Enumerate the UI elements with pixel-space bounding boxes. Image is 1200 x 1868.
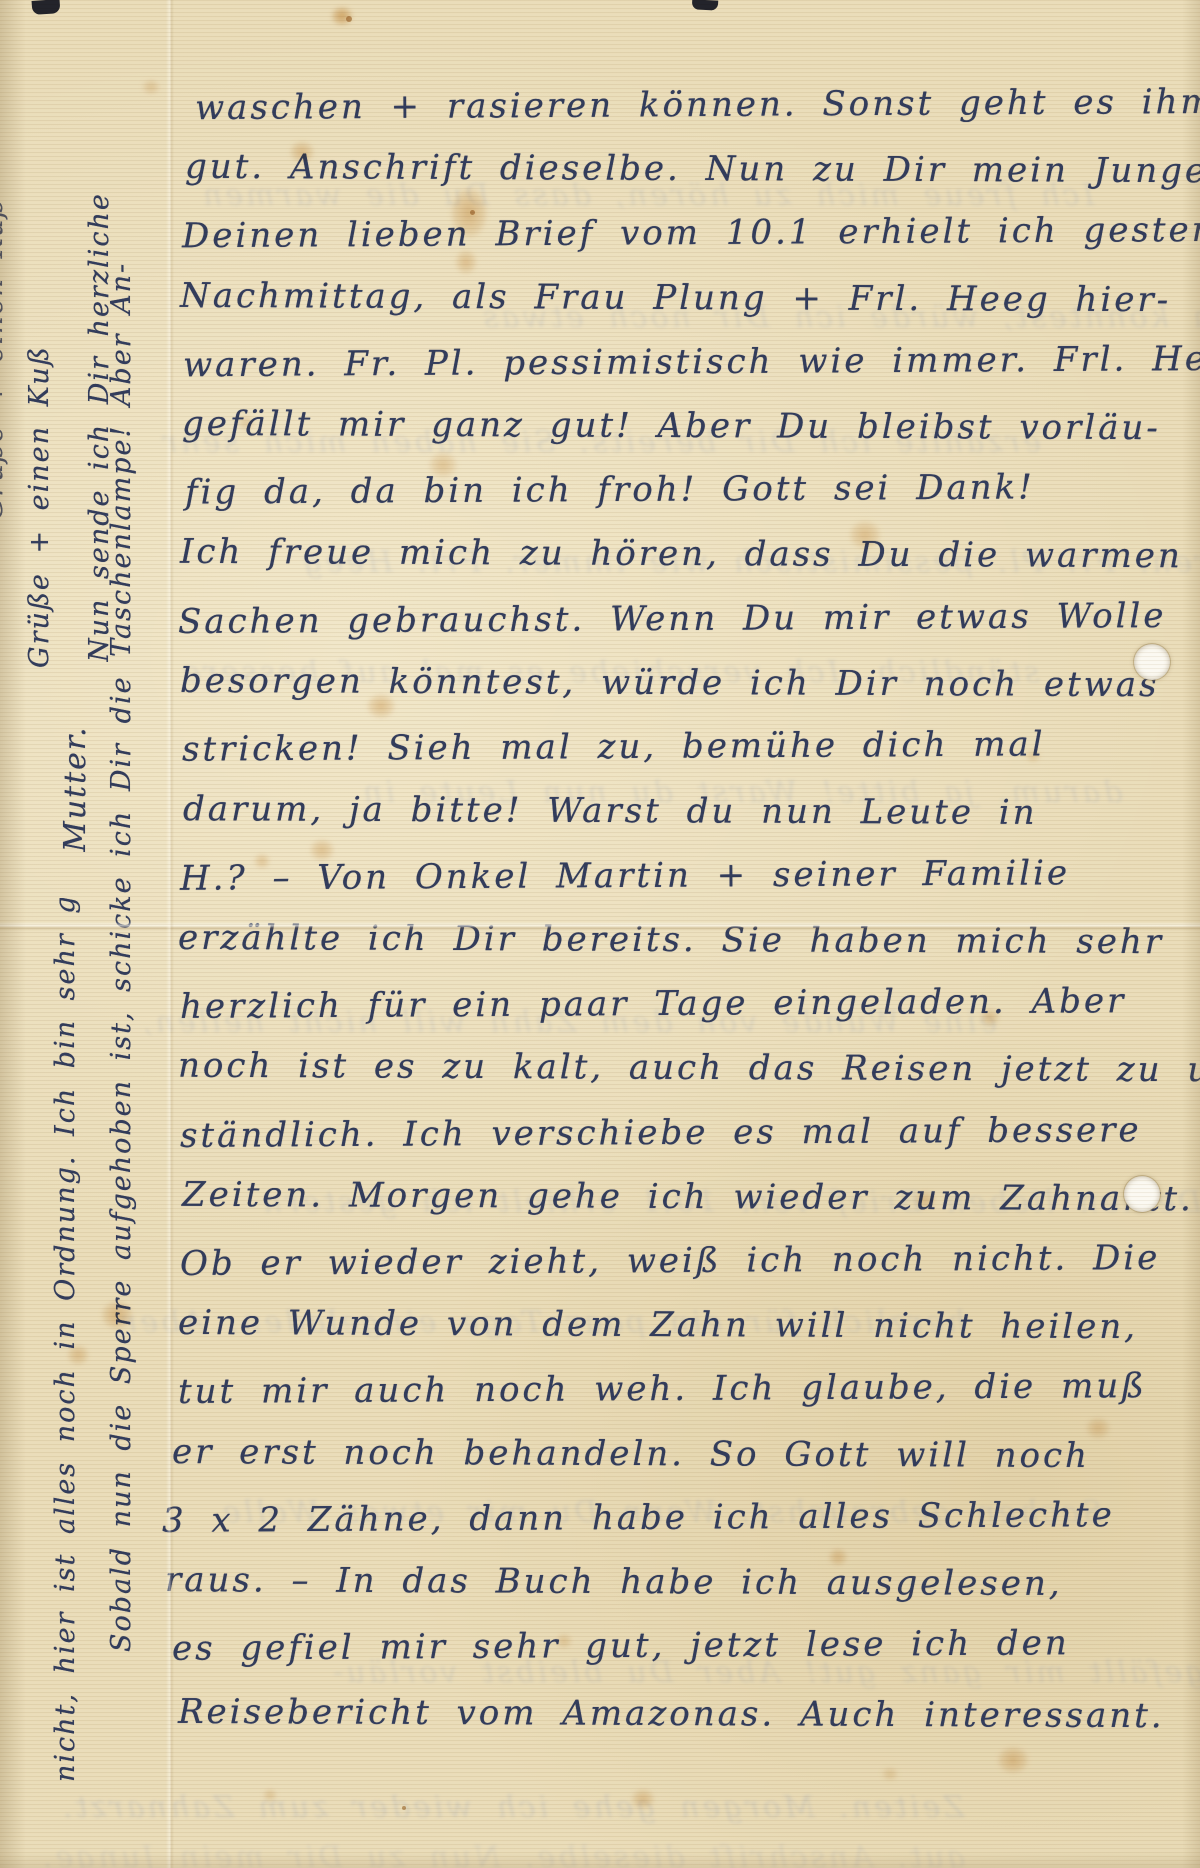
letter-line: Deinen lieben Brief vom 10.1 erhielt ich… [182, 210, 1200, 256]
letter-line: H.? – Von Onkel Martin + seiner Familie [180, 853, 1070, 898]
letter-line: 3 x 2 Zähne, dann habe ich alles Schlech… [162, 1495, 1115, 1541]
letter-line: gefällt mir ganz gut! Aber Du bleibst vo… [182, 404, 1161, 448]
letter-line: er erst noch behandeln. So Gott will noc… [172, 1432, 1090, 1476]
letter-line: Nachmittag, als Frau Plung + Frl. Heeg h… [180, 276, 1171, 320]
margin-note: Nun sende ich Dir herzliche [84, 96, 115, 662]
letter-line: Ob er wieder zieht, weiß ich noch nicht.… [180, 1238, 1161, 1284]
letter-line: gut. Anschrift dieselbe. Nun zu Dir mein… [185, 147, 1200, 192]
letter-line: Zeiten. Morgen gehe ich wieder zum Zahna… [182, 1175, 1194, 1219]
letter-line: tut mir auch noch weh. Ich glaube, die m… [178, 1366, 1147, 1412]
letter-line: herzlich für ein paar Tage eingeladen. A… [180, 981, 1127, 1027]
letter-line: darum, ja bitte! Warst du nun Leute in [183, 789, 1038, 833]
letter-line: ständlich. Ich verschiebe es mal auf bes… [180, 1110, 1142, 1156]
letter-line: fig da, da bin ich froh! Gott sei Dank! [185, 467, 1035, 512]
margin-note: nicht, hier ist alles noch in Ordnung. I… [50, 898, 81, 1782]
letter-page: Ich freue mich zu hören, dass Du die war… [0, 0, 1200, 1868]
letter-line: Ich freue mich zu hören, dass Du die war… [180, 532, 1183, 576]
letter-line: waschen + rasieren können. Sonst geht es… [195, 82, 1200, 128]
letter-line: eine Wunde von dem Zahn will nicht heile… [178, 1303, 1138, 1347]
punch-hole [1124, 1176, 1160, 1212]
signature: Mutter. [58, 692, 93, 852]
letter-line: Reisebericht vom Amazonas. Auch interess… [178, 1692, 1165, 1736]
letter-line: erzählte ich Dir bereits. Sie haben mich… [178, 918, 1164, 962]
letter-line: raus. – In das Buch habe ich ausgelesen, [165, 1560, 1063, 1604]
letter-line: stricken! Sieh mal zu, bemühe dich mal [182, 724, 1046, 769]
punch-hole [1134, 644, 1170, 680]
letter-line: es gefiel mir sehr gut, jetzt lese ich d… [172, 1623, 1070, 1668]
letter-line: Sachen gebrauchst. Wenn Du mir etwas Wol… [178, 596, 1167, 642]
margin-note: Grüße + einen Kuß [24, 120, 55, 668]
letter-line: besorgen könntest, würde ich Dir noch et… [180, 661, 1160, 705]
margin-note-clipped: Grüße + einen Kuß [0, 100, 9, 520]
letter-line: waren. Fr. Pl. pessimistisch wie immer. … [183, 339, 1200, 386]
letter-line: noch ist es zu kalt, auch das Reisen jet… [178, 1046, 1200, 1091]
letter-body: waschen + rasieren können. Sonst geht es… [0, 0, 1200, 1868]
